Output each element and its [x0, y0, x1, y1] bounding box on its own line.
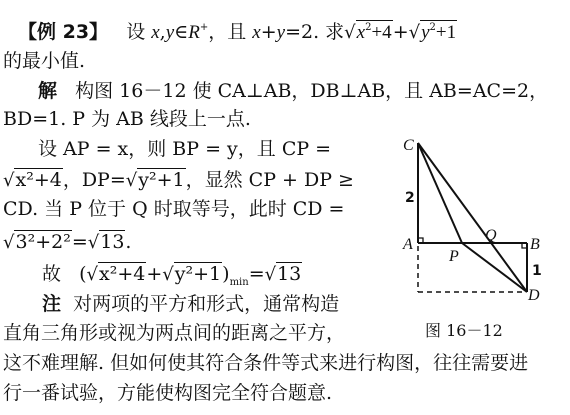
note-line4: 行一番试验，方能使构图完全符合题意.: [3, 382, 332, 404]
note-line2: 直角三角形或视为两点间的距离之平方，: [3, 322, 345, 344]
note-label: 注: [42, 293, 61, 315]
example-statement-line2: 的最小值.: [3, 50, 85, 72]
solution-line1: 解 构图 16－12 使 CA⊥AB，DB⊥AB，且 AB=AC=2，: [38, 80, 548, 102]
example-statement-line1: 【例 23】 设 x,y∈R+，且 x+y=2. 求√x2+4+√y2+1: [18, 20, 457, 44]
solution-line4: √x²+4，DP=√y²+1，显然 CP + DP ≥: [3, 168, 354, 192]
solution-line2: BD=1. P 为 AB 线段上一点.: [3, 108, 251, 130]
geometry-figure: C A B D P Q 2 1: [385, 130, 560, 310]
figure-caption: 图 16－12: [425, 318, 503, 341]
solution-line5: CD. 当 P 位于 Q 时取等号，此时 CD =: [3, 198, 344, 220]
conclusion-line: 故 (√x²+4+√y²+1)min=√13: [42, 262, 302, 286]
point-c-label: C: [403, 137, 414, 154]
length-bd-label: 1: [532, 263, 542, 279]
point-q-label: Q: [485, 227, 497, 244]
point-b-label: B: [530, 236, 540, 253]
point-a-label: A: [402, 236, 413, 253]
point-d-label: D: [527, 287, 540, 304]
solution-line6: √3²+2²=√13.: [3, 230, 131, 254]
note-line1: 注 对两项的平方和形式，通常构造: [42, 293, 339, 315]
solution-line3: 设 AP = x，则 BP = y，且 CP =: [38, 138, 331, 160]
point-p-label: P: [448, 248, 459, 265]
note-line3: 这不难理解. 但如何使其符合条件等式来进行构图，往往需要进: [3, 352, 528, 374]
solution-label: 解: [38, 80, 57, 102]
length-ac-label: 2: [405, 190, 415, 206]
example-label: 【例 23】: [18, 21, 108, 43]
